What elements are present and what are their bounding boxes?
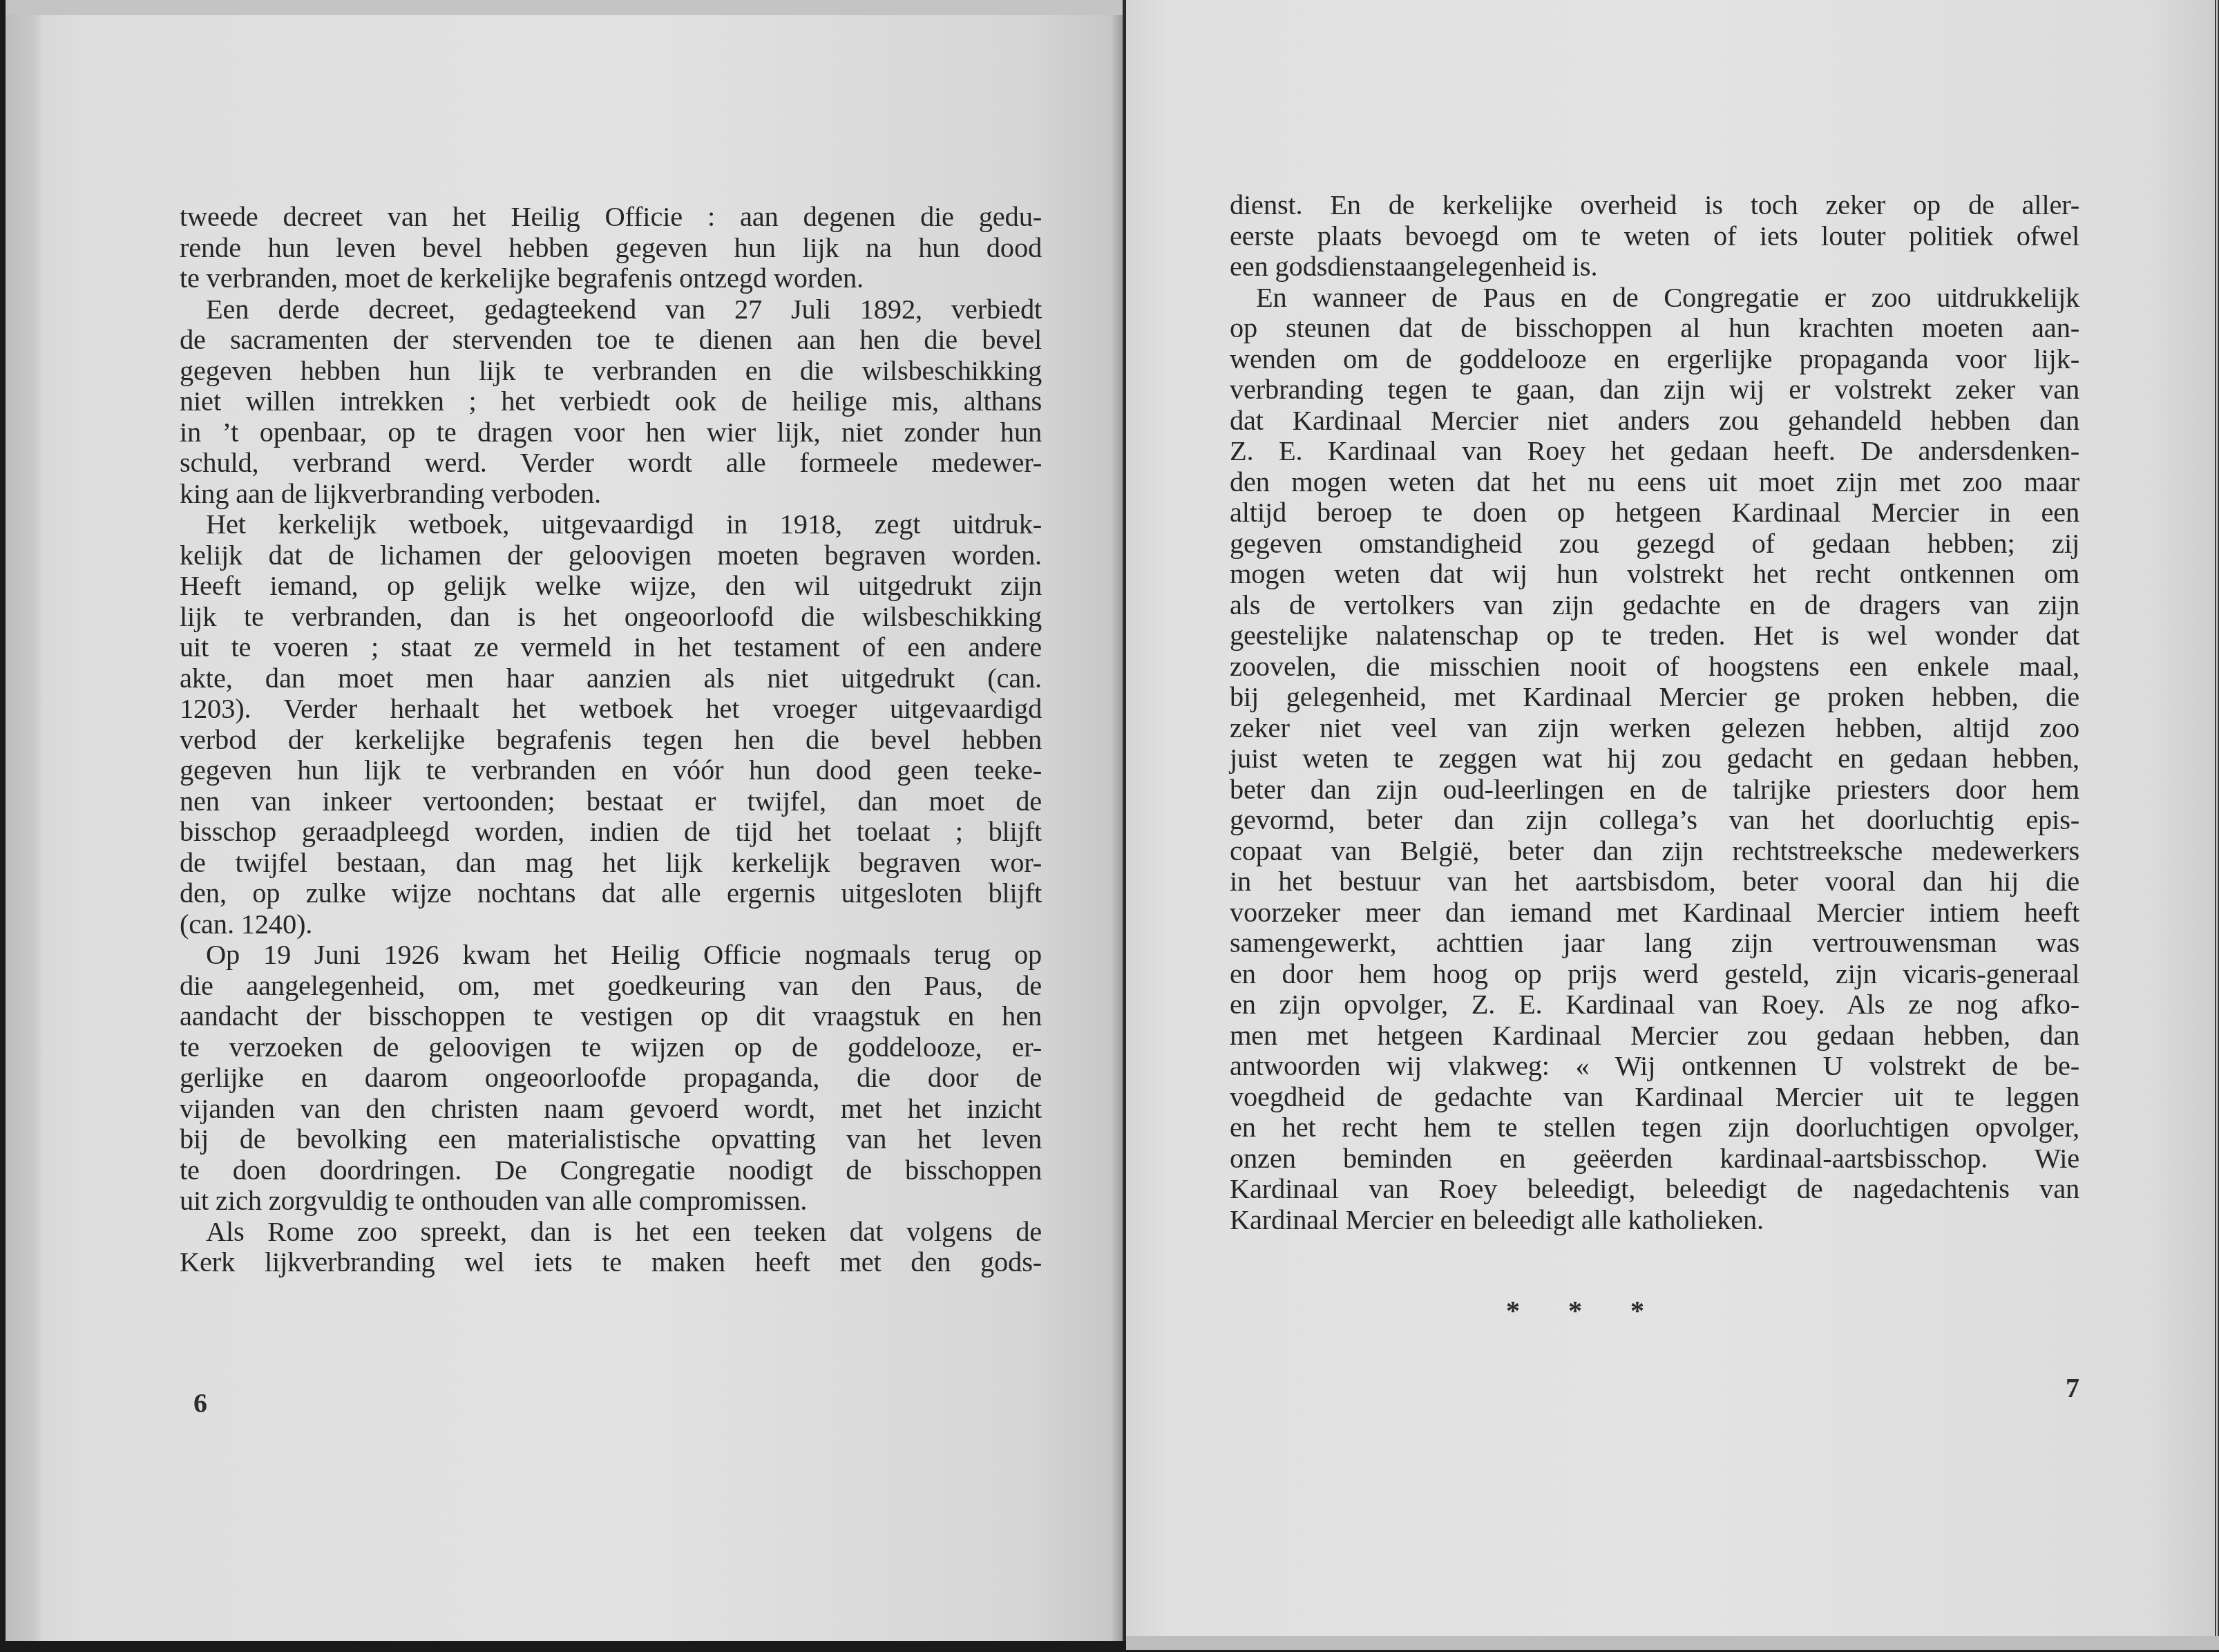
- text-line: (can. 1240).: [180, 909, 1042, 940]
- text-line: rende hun leven bevel hebben gegeven hun…: [180, 233, 1042, 264]
- page-number-right: 7: [2066, 1371, 2079, 1404]
- text-line: Heeft iemand, op gelijk welke wijze, den…: [180, 571, 1042, 602]
- text-line: wenden om de goddelooze en ergerlijke pr…: [1230, 344, 2079, 375]
- text-line: beter dan zijn oud-leerlingen en de talr…: [1230, 775, 2079, 806]
- text-line: niet willen intrekken ; het verbiedt ook…: [180, 386, 1042, 417]
- text-line: verbranding tegen te gaan, dan zijn wij …: [1230, 374, 2079, 406]
- text-line: gerlijke en daarom ongeoorloofde propaga…: [180, 1063, 1042, 1094]
- text-line: vijanden van den christen naam gevoerd w…: [180, 1094, 1042, 1125]
- text-line: en door hem hoog op prijs werd gesteld, …: [1230, 959, 2079, 990]
- left-page: tweede decreet van het Heilig Officie : …: [6, 0, 1125, 1641]
- text-line: en het recht hem te stellen tegen zijn d…: [1230, 1112, 2079, 1143]
- text-line: bisschop geraadpleegd worden, indien de …: [180, 817, 1042, 848]
- text-line: te verzoeken de geloovigen te wijzen op …: [180, 1032, 1042, 1063]
- text-line: te doen doordringen. De Congregatie nood…: [180, 1155, 1042, 1186]
- text-line: onzen beminden en geëerden kardinaal-aar…: [1230, 1143, 2079, 1175]
- text-line: juist weten te zeggen wat hij zou gedach…: [1230, 743, 2079, 775]
- text-line: zeker niet veel van zijn werken gelezen …: [1230, 713, 2079, 744]
- book-spread: tweede decreet van het Heilig Officie : …: [6, 0, 2219, 1641]
- text-line: verbod der kerkelijke begrafenis tegen h…: [180, 725, 1042, 756]
- text-line: zoovelen, die misschien nooit of hoogste…: [1230, 652, 2079, 683]
- right-page-text: dienst. En de kerkelijke overheid is toc…: [1230, 190, 2079, 1235]
- text-line: dat Kardinaal Mercier niet anders zou ge…: [1230, 406, 2079, 437]
- page-number-left: 6: [193, 1387, 207, 1419]
- text-line: copaat van België, beter dan zijn rechts…: [1230, 836, 2079, 867]
- text-line: king aan de lijkverbranding verboden.: [180, 479, 1042, 510]
- text-line: Kerk lijkverbranding wel iets te maken h…: [180, 1247, 1042, 1278]
- text-line: de sacramenten der stervenden toe te die…: [180, 325, 1042, 356]
- text-line: gegeven hebben hun lijk te verbranden en…: [180, 356, 1042, 387]
- text-line: akte, dan moet men haar aanzien als niet…: [180, 663, 1042, 694]
- section-ornament: * * *: [1506, 1294, 1665, 1327]
- text-line: kelijk dat de lichamen der geloovigen mo…: [180, 540, 1042, 571]
- text-line: Het kerkelijk wetboek, uitgevaardigd in …: [180, 509, 1042, 540]
- text-line: Z. E. Kardinaal van Roey het gedaan heef…: [1230, 436, 2079, 467]
- text-line: op steunen dat de bisschoppen al hun kra…: [1230, 313, 2079, 344]
- text-line: bij gelegenheid, met Kardinaal Mercier g…: [1230, 682, 2079, 713]
- text-line: antwoorden wij vlakweg: « Wij ontkennen …: [1230, 1051, 2079, 1082]
- text-line: en zijn opvolger, Z. E. Kardinaal van Ro…: [1230, 989, 2079, 1020]
- text-line: Een derde decreet, gedagteekend van 27 J…: [180, 294, 1042, 325]
- text-line: bij de bevolking een materialistische op…: [180, 1124, 1042, 1155]
- text-line: schuld, verbrand werd. Verder wordt alle…: [180, 448, 1042, 479]
- right-page: dienst. En de kerkelijke overheid is toc…: [1126, 0, 2219, 1641]
- text-line: gegeven hun lijk te verbranden en vóór h…: [180, 755, 1042, 786]
- text-line: men met hetgeen Kardinaal Mercier zou ge…: [1230, 1020, 2079, 1052]
- text-line: Kardinaal van Roey beleedigt, beleedigt …: [1230, 1174, 2079, 1205]
- text-line: lijk te verbranden, dan is het ongeoorlo…: [180, 602, 1042, 633]
- text-line: dienst. En de kerkelijke overheid is toc…: [1230, 190, 2079, 221]
- text-line: den, op zulke wijze nochtans dat alle er…: [180, 878, 1042, 909]
- text-line: geestelijke nalatenschap op te treden. H…: [1230, 620, 2079, 652]
- left-page-text: tweede decreet van het Heilig Officie : …: [180, 202, 1042, 1278]
- text-line: tweede decreet van het Heilig Officie : …: [180, 202, 1042, 233]
- text-line: nen van inkeer vertoonden; bestaat er tw…: [180, 786, 1042, 817]
- text-line: die aangelegenheid, om, met goedkeuring …: [180, 971, 1042, 1002]
- text-line: als de vertolkers van zijn gedachte en d…: [1230, 590, 2079, 621]
- text-line: altijd beroep te doen op hetgeen Kardina…: [1230, 497, 2079, 529]
- text-line: Als Rome zoo spreekt, dan is het een tee…: [180, 1217, 1042, 1248]
- text-line: voegdheid de gedachte van Kardinaal Merc…: [1230, 1082, 2079, 1113]
- text-line: in het bestuur van het aartsbisdom, bete…: [1230, 866, 2079, 898]
- text-line: gegeven omstandigheid zou gezegd of geda…: [1230, 529, 2079, 560]
- text-line: mogen weten dat wij hun volstrekt het re…: [1230, 559, 2079, 590]
- text-line: eerste plaats bevoegd om te weten of iet…: [1230, 221, 2079, 252]
- text-line: uit zich zorgvuldig te onthouden van all…: [180, 1186, 1042, 1217]
- text-line: in ’t openbaar, op te dragen voor hen wi…: [180, 417, 1042, 448]
- text-line: samengewerkt, achttien jaar lang zijn ve…: [1230, 928, 2079, 959]
- page-edge: [1126, 1636, 2219, 1650]
- text-line: den mogen weten dat het nu eens uit moet…: [1230, 467, 2079, 498]
- text-line: 1203). Verder herhaalt het wetboek het v…: [180, 694, 1042, 725]
- text-line: Op 19 Juni 1926 kwam het Heilig Officie …: [180, 940, 1042, 971]
- text-line: te verbranden, moet de kerkelijke begraf…: [180, 263, 1042, 294]
- text-line: En wanneer de Paus en de Congregatie er …: [1230, 283, 2079, 314]
- text-line: aandacht der bisschoppen te vestigen op …: [180, 1001, 1042, 1032]
- text-line: gevormd, beter dan zijn collega’s van he…: [1230, 805, 2079, 836]
- text-line: Kardinaal Mercier en beleedigt alle kath…: [1230, 1205, 2079, 1236]
- text-line: voorzeker meer dan iemand met Kardinaal …: [1230, 898, 2079, 929]
- text-line: een godsdienstaangelegenheid is.: [1230, 251, 2079, 283]
- text-line: uit te voeren ; staat ze vermeld in het …: [180, 632, 1042, 663]
- text-line: de twijfel bestaan, dan mag het lijk ker…: [180, 848, 1042, 879]
